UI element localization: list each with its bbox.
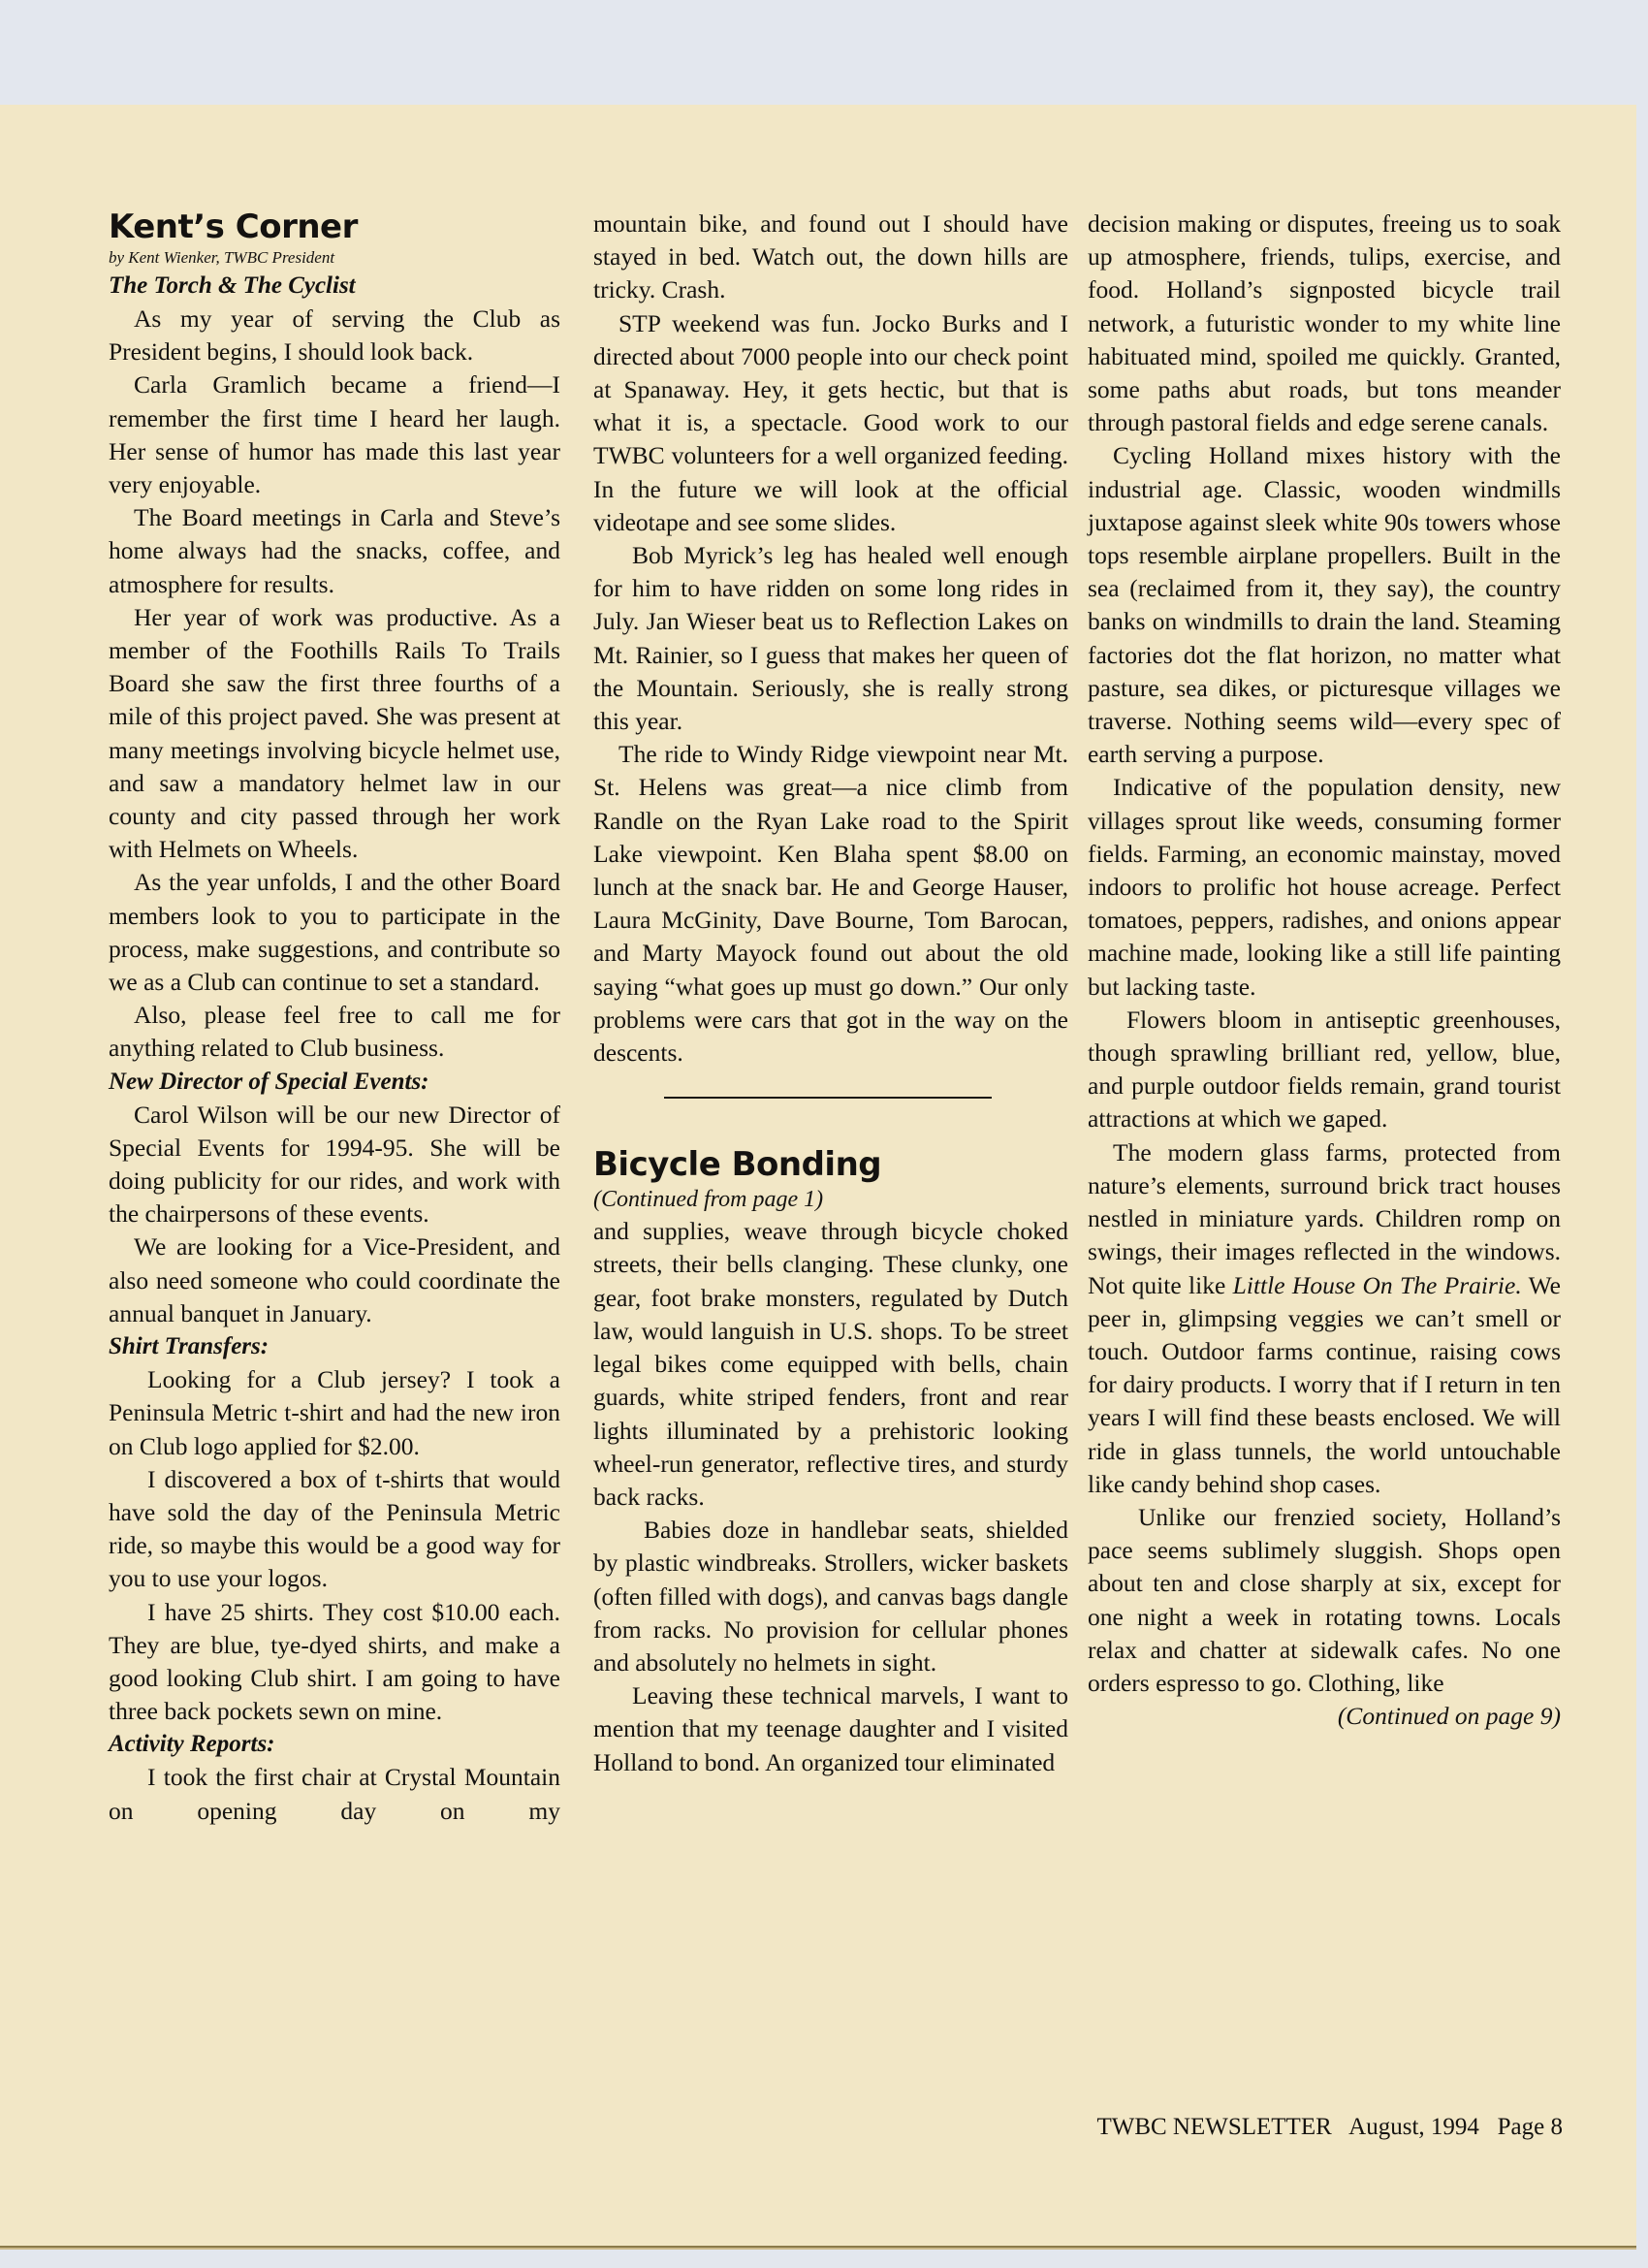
footer-page-number: Page 8	[1498, 2114, 1563, 2140]
paragraph: The modern glass farms, protected from n…	[1088, 1136, 1561, 1501]
section-heading-activity: Activity Reports:	[109, 1728, 560, 1761]
column-middle: mountain bike, and found out I should ha…	[593, 208, 1068, 1779]
footer-date: August, 1994	[1348, 2114, 1479, 2140]
article-title-bicycle-bonding: Bicycle Bonding	[593, 1145, 1068, 1184]
column-left: Kent’s Corner by Kent Wienker, TWBC Pres…	[109, 208, 560, 1828]
paragraph: I discovered a box of t-shirts that woul…	[109, 1463, 560, 1596]
paragraph: Leaving these technical marvels, I want …	[593, 1679, 1068, 1779]
paragraph: Bob Myrick’s leg has healed well enough …	[593, 539, 1068, 738]
section-heading-shirts: Shirt Transfers:	[109, 1330, 560, 1363]
article-title-kents-corner: Kent’s Corner	[109, 208, 560, 246]
paragraph: The Board meetings in Carla and Steve’s …	[109, 501, 560, 601]
paragraph: Cycling Holland mixes history with the i…	[1088, 439, 1561, 771]
paragraph: Her year of work was productive. As a me…	[109, 601, 560, 867]
byline: by Kent Wienker, TWBC President	[109, 246, 560, 270]
column-right: decision making or disputes, freeing us …	[1088, 208, 1561, 1733]
paragraph: STP weekend was fun. Jocko Burks and I d…	[593, 307, 1068, 539]
paragraph: Babies doze in handlebar seats, shielded…	[593, 1514, 1068, 1679]
paragraph: I have 25 shirts. They cost $10.00 each.…	[109, 1596, 560, 1729]
paragraph: Unlike our frenzied society, Holland’s p…	[1088, 1501, 1561, 1700]
footer-publication: TWBC NEWSLETTER	[1096, 2114, 1331, 2140]
paragraph: Indicative of the population density, ne…	[1088, 771, 1561, 1003]
continued-on-note: (Continued on page 9)	[1088, 1700, 1561, 1733]
paragraph: mountain bike, and found out I should ha…	[593, 208, 1068, 307]
continued-from-note: (Continued from page 1)	[593, 1184, 1068, 1215]
paragraph: We are looking for a Vice-President, and…	[109, 1230, 560, 1330]
paragraph: Flowers bloom in antiseptic greenhouses,…	[1088, 1004, 1561, 1136]
paragraph: Carol Wilson will be our new Director of…	[109, 1099, 560, 1231]
paragraph: Carla Gramlich became a friend—I remembe…	[109, 368, 560, 501]
paragraph: I took the first chair at Crystal Mounta…	[109, 1761, 560, 1827]
paragraph: and supplies, weave through bicycle chok…	[593, 1215, 1068, 1514]
page-footer: TWBC NEWSLETTER August, 1994 Page 8	[1035, 2113, 1563, 2142]
section-heading-director: New Director of Special Events:	[109, 1066, 560, 1099]
paragraph: Also, please feel free to call me for an…	[109, 999, 560, 1065]
paragraph: Looking for a Club jersey? I took a Peni…	[109, 1363, 560, 1463]
paragraph: As the year unfolds, I and the other Boa…	[109, 866, 560, 999]
text: We peer in, glimpsing veggies we can’t s…	[1088, 1271, 1561, 1498]
article-subtitle: The Torch & The Cyclist	[109, 270, 560, 303]
book-title: Little House On The Prairie.	[1233, 1271, 1522, 1299]
paragraph: The ride to Windy Ridge viewpoint near M…	[593, 738, 1068, 1070]
paragraph: As my year of serving the Club as Presid…	[109, 303, 560, 368]
paragraph: decision making or disputes, freeing us …	[1088, 208, 1561, 439]
